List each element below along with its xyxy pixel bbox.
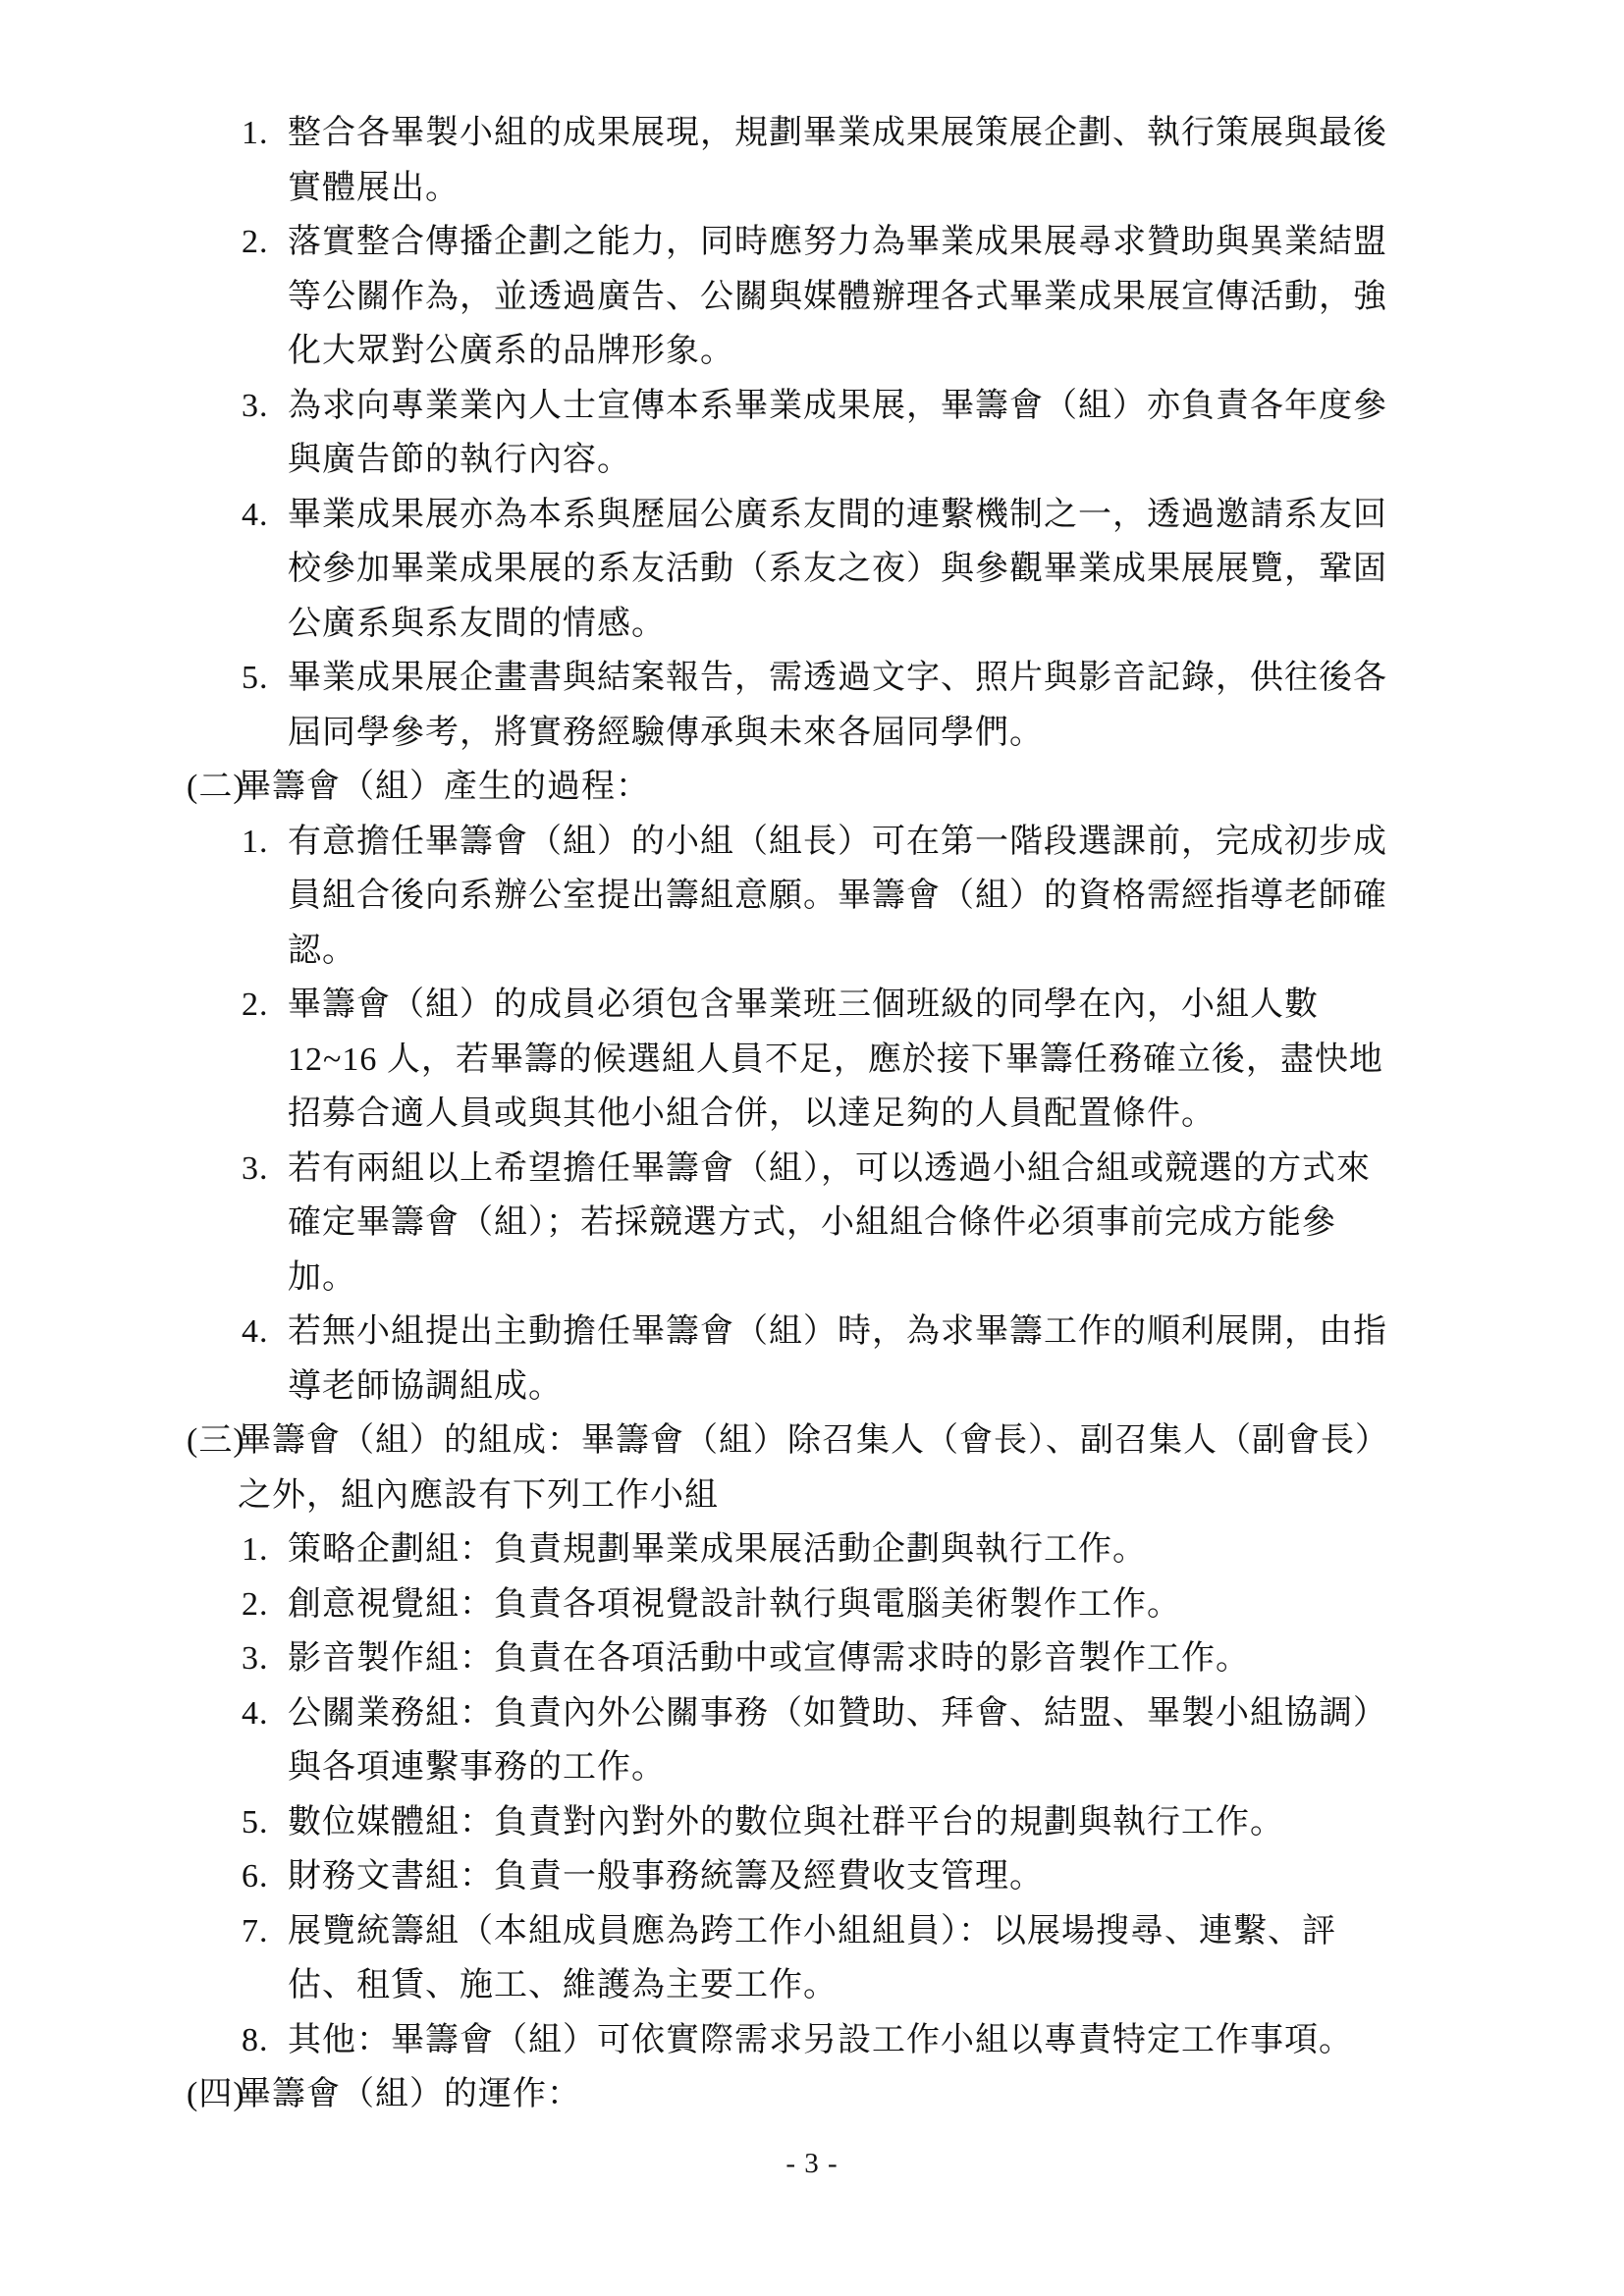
text-line: 認。 xyxy=(288,924,1624,979)
text-line: 影音製作組：負責在各項活動中或宣傳需求時的影音製作工作。 xyxy=(288,1631,1624,1686)
list-item: 3.若有兩組以上希望擔任畢籌會（組），可以透過小組合組或競選的方式來確定畢籌會（… xyxy=(0,1142,1624,1306)
section-heading: (四)畢籌會（組）的運作： xyxy=(0,2067,1624,2122)
item-text: 財務文書組：負責一般事務統籌及經費收支管理。 xyxy=(288,1849,1624,1904)
text-line: 展覽統籌組（本組成員應為跨工作小組組員）：以展場搜尋、連繫、評 xyxy=(288,1904,1624,1959)
item-number: 1. xyxy=(242,1522,269,1577)
text-line: 化大眾對公廣系的品牌形象。 xyxy=(288,324,1624,379)
section-label: (四) xyxy=(187,2067,245,2122)
text-line: 財務文書組：負責一般事務統籌及經費收支管理。 xyxy=(288,1849,1624,1904)
text-line: 其他：畢籌會（組）可依實際需求另設工作小組以專責特定工作事項。 xyxy=(288,2013,1624,2068)
page-number: - 3 - xyxy=(0,2148,1624,2180)
item-text: 策略企劃組：負責規劃畢業成果展活動企劃與執行工作。 xyxy=(288,1522,1624,1577)
list-item: 2.創意視覺組：負責各項視覺設計執行與電腦美術製作工作。 xyxy=(0,1577,1624,1632)
text-line: 若無小組提出主動擔任畢籌會（組）時，為求畢籌工作的順利展開，由指 xyxy=(288,1305,1624,1360)
section-label: (二) xyxy=(187,760,245,815)
text-line: 策略企劃組：負責規劃畢業成果展活動企劃與執行工作。 xyxy=(288,1522,1624,1577)
text-line: 導老師協調組成。 xyxy=(288,1360,1624,1415)
item-text: 為求向專業業內人士宣傳本系畢業成果展，畢籌會（組）亦負責各年度參與廣告節的執行內… xyxy=(288,379,1624,488)
item-number: 7. xyxy=(242,1904,269,1959)
text-line: 有意擔任畢籌會（組）的小組（組長）可在第一階段選課前，完成初步成 xyxy=(288,815,1624,870)
text-line: 12~16 人，若畢籌的候選組人員不足，應於接下畢籌任務確立後，盡快地 xyxy=(288,1033,1624,1088)
list-item: 4.畢業成果展亦為本系與歷屆公廣系友間的連繫機制之一，透過邀請系友回校參加畢業成… xyxy=(0,488,1624,652)
item-number: 8. xyxy=(242,2013,269,2068)
list-item: 6.財務文書組：負責一般事務統籌及經費收支管理。 xyxy=(0,1849,1624,1904)
text-line: 畢業成果展亦為本系與歷屆公廣系友間的連繫機制之一，透過邀請系友回 xyxy=(288,488,1624,543)
list-item: 7.展覽統籌組（本組成員應為跨工作小組組員）：以展場搜尋、連繫、評估、租賃、施工… xyxy=(0,1904,1624,2013)
text-line: 加。 xyxy=(288,1251,1624,1306)
text-line: 與各項連繫事務的工作。 xyxy=(288,1740,1624,1795)
item-number: 1. xyxy=(242,106,269,161)
item-text: 展覽統籌組（本組成員應為跨工作小組組員）：以展場搜尋、連繫、評估、租賃、施工、維… xyxy=(288,1904,1624,2013)
item-number: 5. xyxy=(242,1795,269,1850)
document-page: 1.整合各畢製小組的成果展現，規劃畢業成果展策展企劃、執行策展與最後實體展出。2… xyxy=(0,0,1624,2296)
list-item: 4.公關業務組：負責內外公關事務（如贊助、拜會、結盟、畢製小組協調）與各項連繫事… xyxy=(0,1686,1624,1795)
text-line: 校參加畢業成果展的系友活動（系友之夜）與參觀畢業成果展展覽，鞏固 xyxy=(288,542,1624,597)
text-line: 創意視覺組：負責各項視覺設計執行與電腦美術製作工作。 xyxy=(288,1577,1624,1632)
item-number: 4. xyxy=(242,488,269,543)
text-line: 確定畢籌會（組）；若採競選方式，小組組合條件必須事前完成方能參 xyxy=(288,1196,1624,1251)
item-number: 3. xyxy=(242,1631,269,1686)
text-line: 公廣系與系友間的情感。 xyxy=(288,597,1624,652)
text-line: 之外，組內應設有下列工作小組 xyxy=(238,1468,1624,1523)
list-item: 3.為求向專業業內人士宣傳本系畢業成果展，畢籌會（組）亦負責各年度參與廣告節的執… xyxy=(0,379,1624,488)
item-text: 數位媒體組：負責對內對外的數位與社群平台的規劃與執行工作。 xyxy=(288,1795,1624,1850)
item-text: 若無小組提出主動擔任畢籌會（組）時，為求畢籌工作的順利展開，由指導老師協調組成。 xyxy=(288,1305,1624,1414)
item-text: 影音製作組：負責在各項活動中或宣傳需求時的影音製作工作。 xyxy=(288,1631,1624,1686)
text-line: 與廣告節的執行內容。 xyxy=(288,433,1624,488)
text-line: 整合各畢製小組的成果展現，規劃畢業成果展策展企劃、執行策展與最後 xyxy=(288,106,1624,161)
item-number: 2. xyxy=(242,978,269,1033)
section-heading: (三)畢籌會（組）的組成：畢籌會（組）除召集人（會長）、副召集人（副會長）之外，… xyxy=(0,1414,1624,1522)
list-item: 8.其他：畢籌會（組）可依實際需求另設工作小組以專責特定工作事項。 xyxy=(0,2013,1624,2068)
text-line: 公關業務組：負責內外公關事務（如贊助、拜會、結盟、畢製小組協調） xyxy=(288,1686,1624,1741)
text-line: 為求向專業業內人士宣傳本系畢業成果展，畢籌會（組）亦負責各年度參 xyxy=(288,379,1624,434)
item-text: 若有兩組以上希望擔任畢籌會（組），可以透過小組合組或競選的方式來確定畢籌會（組）… xyxy=(288,1142,1624,1306)
list-item: 4.若無小組提出主動擔任畢籌會（組）時，為求畢籌工作的順利展開，由指導老師協調組… xyxy=(0,1305,1624,1414)
text-line: 估、租賃、施工、維護為主要工作。 xyxy=(288,1958,1624,2013)
item-text: 畢籌會（組）的組成：畢籌會（組）除召集人（會長）、副召集人（副會長）之外，組內應… xyxy=(238,1414,1624,1522)
list-item: 5.畢業成果展企畫書與結案報告，需透過文字、照片與影音記錄，供往後各屆同學參考，… xyxy=(0,651,1624,760)
list-item: 2.落實整合傳播企劃之能力，同時應努力為畢業成果展尋求贊助與異業結盟等公關作為，… xyxy=(0,215,1624,379)
item-text: 畢業成果展亦為本系與歷屆公廣系友間的連繫機制之一，透過邀請系友回校參加畢業成果展… xyxy=(288,488,1624,652)
item-text: 畢籌會（組）的運作： xyxy=(238,2067,1624,2122)
item-number: 5. xyxy=(242,651,269,706)
item-number: 2. xyxy=(242,1577,269,1632)
item-number: 4. xyxy=(242,1305,269,1360)
item-text: 其他：畢籌會（組）可依實際需求另設工作小組以專責特定工作事項。 xyxy=(288,2013,1624,2068)
section-label: (三) xyxy=(187,1414,245,1468)
list-item: 1.策略企劃組：負責規劃畢業成果展活動企劃與執行工作。 xyxy=(0,1522,1624,1577)
text-line: 畢籌會（組）產生的過程： xyxy=(238,760,1624,815)
list-item: 5.數位媒體組：負責對內對外的數位與社群平台的規劃與執行工作。 xyxy=(0,1795,1624,1850)
item-text: 整合各畢製小組的成果展現，規劃畢業成果展策展企劃、執行策展與最後實體展出。 xyxy=(288,106,1624,215)
item-number: 1. xyxy=(242,815,269,870)
document-body: 1.整合各畢製小組的成果展現，規劃畢業成果展策展企劃、執行策展與最後實體展出。2… xyxy=(0,106,1624,2122)
item-number: 3. xyxy=(242,379,269,434)
text-line: 實體展出。 xyxy=(288,161,1624,216)
item-text: 創意視覺組：負責各項視覺設計執行與電腦美術製作工作。 xyxy=(288,1577,1624,1632)
list-item: 1.整合各畢製小組的成果展現，規劃畢業成果展策展企劃、執行策展與最後實體展出。 xyxy=(0,106,1624,215)
item-number: 3. xyxy=(242,1142,269,1197)
text-line: 畢籌會（組）的組成：畢籌會（組）除召集人（會長）、副召集人（副會長） xyxy=(238,1414,1624,1468)
item-number: 6. xyxy=(242,1849,269,1904)
text-line: 若有兩組以上希望擔任畢籌會（組），可以透過小組合組或競選的方式來 xyxy=(288,1142,1624,1197)
item-text: 有意擔任畢籌會（組）的小組（組長）可在第一階段選課前，完成初步成員組合後向系辦公… xyxy=(288,815,1624,979)
item-text: 畢籌會（組）的成員必須包含畢業班三個班級的同學在內，小組人數12~16 人，若畢… xyxy=(288,978,1624,1142)
text-line: 畢籌會（組）的運作： xyxy=(238,2067,1624,2122)
section-heading: (二)畢籌會（組）產生的過程： xyxy=(0,760,1624,815)
text-line: 數位媒體組：負責對內對外的數位與社群平台的規劃與執行工作。 xyxy=(288,1795,1624,1850)
item-text: 畢業成果展企畫書與結案報告，需透過文字、照片與影音記錄，供往後各屆同學參考，將實… xyxy=(288,651,1624,760)
item-text: 落實整合傳播企劃之能力，同時應努力為畢業成果展尋求贊助與異業結盟等公關作為，並透… xyxy=(288,215,1624,379)
list-item: 2.畢籌會（組）的成員必須包含畢業班三個班級的同學在內，小組人數12~16 人，… xyxy=(0,978,1624,1142)
text-line: 落實整合傳播企劃之能力，同時應努力為畢業成果展尋求贊助與異業結盟 xyxy=(288,215,1624,270)
text-line: 屆同學參考，將實務經驗傳承與未來各屆同學們。 xyxy=(288,706,1624,761)
text-line: 畢業成果展企畫書與結案報告，需透過文字、照片與影音記錄，供往後各 xyxy=(288,651,1624,706)
text-line: 畢籌會（組）的成員必須包含畢業班三個班級的同學在內，小組人數 xyxy=(288,978,1624,1033)
text-line: 招募合適人員或與其他小組合併，以達足夠的人員配置條件。 xyxy=(288,1087,1624,1142)
item-number: 2. xyxy=(242,215,269,270)
item-number: 4. xyxy=(242,1686,269,1741)
list-item: 3.影音製作組：負責在各項活動中或宣傳需求時的影音製作工作。 xyxy=(0,1631,1624,1686)
list-item: 1.有意擔任畢籌會（組）的小組（組長）可在第一階段選課前，完成初步成員組合後向系… xyxy=(0,815,1624,979)
item-text: 公關業務組：負責內外公關事務（如贊助、拜會、結盟、畢製小組協調）與各項連繫事務的… xyxy=(288,1686,1624,1795)
text-line: 等公關作為，並透過廣告、公關與媒體辦理各式畢業成果展宣傳活動，強 xyxy=(288,270,1624,325)
text-line: 員組合後向系辦公室提出籌組意願。畢籌會（組）的資格需經指導老師確 xyxy=(288,869,1624,924)
item-text: 畢籌會（組）產生的過程： xyxy=(238,760,1624,815)
